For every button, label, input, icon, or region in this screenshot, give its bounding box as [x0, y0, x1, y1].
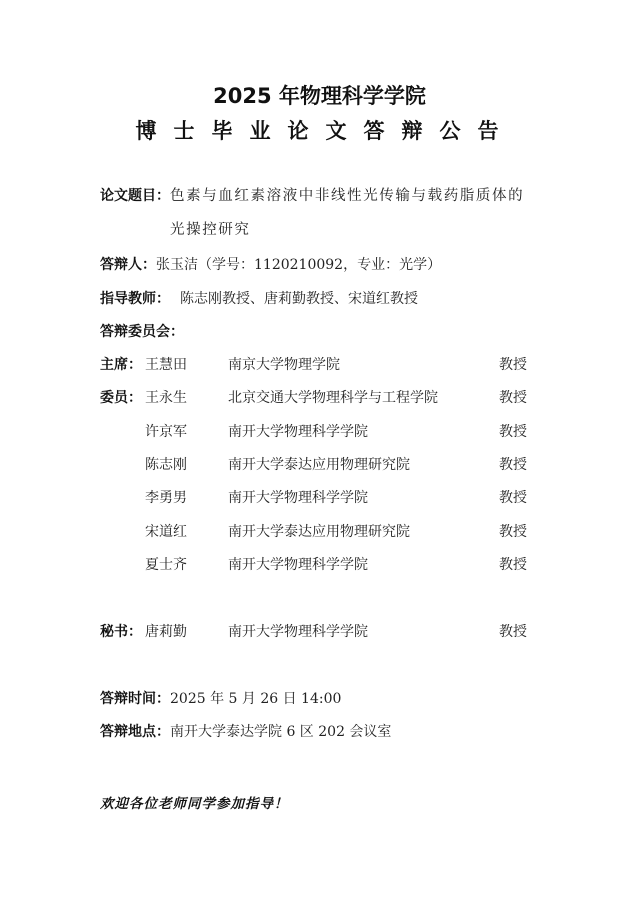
candidate-row: 答辩人：张玉洁（学号：1120210092，专业：光学） [100, 255, 441, 275]
thesis-row: 论文题目：色素与血红素溶液中非线性光传输与载药脂质体的 [100, 186, 524, 206]
committee-member-institution: 南开大学物理科学学院 [228, 422, 368, 442]
welcome-message: 欢迎各位老师同学参加指导！ [100, 792, 289, 812]
defense-location-label: 答辩地点： [100, 724, 170, 740]
committee-member-institution: 南开大学物理科学学院 [228, 555, 368, 575]
committee-member-title: 教授 [499, 522, 527, 542]
page-subtitle: 博士毕业论文答辩公告 [0, 117, 639, 145]
secretary-title: 教授 [499, 622, 527, 642]
committee-member-institution: 南京大学物理学院 [228, 355, 340, 375]
committee-heading: 答辩委员会： [100, 324, 184, 340]
committee-member-title: 教授 [499, 488, 527, 508]
committee-member-institution: 北京交通大学物理科学与工程学院 [228, 388, 438, 408]
secretary-role: 秘书： [100, 624, 142, 640]
defense-time-row: 答辩时间：2025 年 5 月 26 日 14:00 [100, 689, 341, 709]
defense-time-label: 答辩时间： [100, 691, 170, 707]
secretary-row: 秘书： [100, 622, 142, 642]
secretary-institution: 南开大学物理科学学院 [228, 622, 368, 642]
thesis-title-line1: 色素与血红素溶液中非线性光传输与载药脂质体的 [170, 188, 524, 204]
committee-member-title: 教授 [499, 422, 527, 442]
committee-member-name: 李勇男 [145, 488, 187, 508]
committee-member-name: 王永生 [145, 388, 187, 408]
advisors-label: 指导教师： [100, 291, 170, 307]
committee-member-title: 教授 [499, 355, 527, 375]
committee-member-name: 许京军 [145, 422, 187, 442]
committee-role: 主席： [100, 357, 142, 373]
committee-member-title: 教授 [499, 555, 527, 575]
secretary-name: 唐莉勤 [145, 622, 187, 642]
defense-location-value: 南开大学泰达学院 6 区 202 会议室 [170, 724, 391, 740]
thesis-title-line2: 光操控研究 [170, 222, 251, 238]
advisors-row: 指导教师：陈志刚教授、唐莉勤教授、宋道红教授 [100, 289, 418, 309]
committee-member-name: 陈志刚 [145, 455, 187, 475]
thesis-row-continued: 光操控研究 [170, 220, 251, 240]
committee-row-chair: 主席： [100, 355, 142, 375]
committee-member-institution: 南开大学泰达应用物理研究院 [228, 455, 410, 475]
thesis-label: 论文题目： [100, 188, 170, 204]
defense-location-row: 答辩地点：南开大学泰达学院 6 区 202 会议室 [100, 722, 391, 742]
page-title: 2025 年物理科学学院 [0, 83, 639, 109]
candidate-label: 答辩人： [100, 257, 156, 273]
committee-member-name: 宋道红 [145, 522, 187, 542]
committee-member-title: 教授 [499, 388, 527, 408]
advisors-value: 陈志刚教授、唐莉勤教授、宋道红教授 [180, 291, 418, 307]
candidate-value: 张玉洁（学号：1120210092，专业：光学） [156, 257, 441, 273]
committee-member-name: 王慧田 [145, 355, 187, 375]
committee-row-member: 委员： [100, 388, 142, 408]
committee-member-name: 夏士齐 [145, 555, 187, 575]
committee-member-institution: 南开大学泰达应用物理研究院 [228, 522, 410, 542]
committee-member-title: 教授 [499, 455, 527, 475]
defense-time-value: 2025 年 5 月 26 日 14:00 [170, 691, 341, 707]
committee-role: 委员： [100, 390, 142, 406]
committee-member-institution: 南开大学物理科学学院 [228, 488, 368, 508]
committee-heading-row: 答辩委员会： [100, 322, 184, 342]
